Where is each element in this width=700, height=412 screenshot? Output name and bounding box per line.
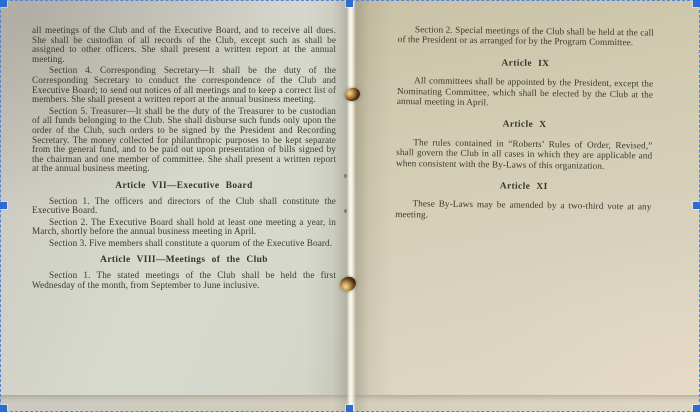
selection-handle-bottom-right[interactable] (693, 405, 700, 412)
selection-handle-top-middle[interactable] (346, 0, 353, 7)
selection-handle-top-left[interactable] (0, 0, 7, 7)
selection-handle-bottom-left[interactable] (0, 405, 7, 412)
selection-handle-bottom-middle[interactable] (346, 405, 353, 412)
scanned-booklet-photo: all meetings of the Club and of the Exec… (0, 0, 700, 412)
selection-handle-middle-right[interactable] (693, 202, 700, 209)
selection-marquee[interactable] (0, 0, 700, 412)
selection-handle-top-right[interactable] (693, 0, 700, 7)
selection-handle-middle-left[interactable] (0, 202, 7, 209)
